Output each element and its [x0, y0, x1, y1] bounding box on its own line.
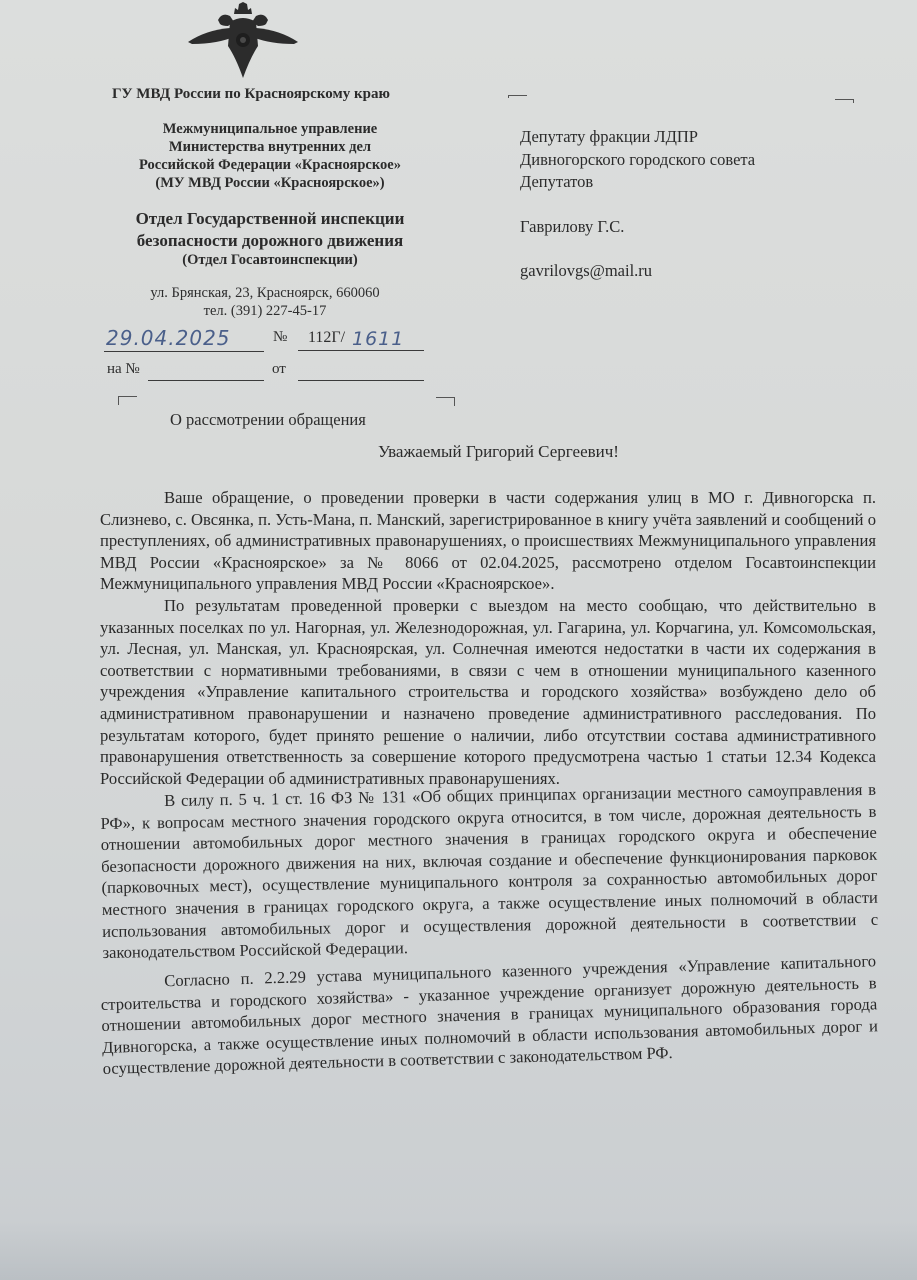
- department-short-name: (Отдел Госавтоинспекции): [90, 252, 450, 269]
- addressee-line: Депутату фракции ЛДПР: [520, 126, 755, 149]
- unit-line: Министерства внутренних дел: [90, 138, 450, 156]
- subject-corner-right: [436, 397, 455, 406]
- phone-line: тел. (391) 227-45-17: [110, 302, 420, 320]
- number-label: №: [273, 329, 287, 346]
- reply-to-label: на №: [107, 361, 140, 378]
- department-name: Отдел Государственной инспекции безопасн…: [90, 208, 450, 252]
- body-paragraph: В силу п. 5 ч. 1 ст. 16 ФЗ № 131 «Об общ…: [100, 779, 879, 964]
- addressee-block: Депутату фракции ЛДПР Дивногорского горо…: [520, 126, 755, 283]
- address-line: ул. Брянская, 23, Красноярск, 660060: [110, 284, 420, 302]
- salutation: Уважаемый Григорий Сергеевич!: [378, 442, 619, 462]
- reply-to-field: [148, 380, 264, 381]
- photo-shadow: [0, 1220, 917, 1280]
- subject-corner-left: [118, 396, 137, 405]
- sender-address: ул. Брянская, 23, Красноярск, 660060 тел…: [110, 284, 420, 320]
- body-paragraph: Согласно п. 2.2.29 устава муниципального…: [100, 950, 879, 1080]
- from-field: [298, 380, 424, 381]
- registration-number-prefix: 112Г/: [308, 329, 345, 347]
- department-line: Отдел Государственной инспекции: [90, 208, 450, 230]
- body-paragraph: Ваше обращение, о проведении проверки в …: [100, 487, 876, 595]
- unit-name: Межмуниципальное управление Министерства…: [90, 120, 450, 192]
- letter-body: Ваше обращение, о проведении проверки в …: [100, 487, 876, 1080]
- unit-line: Межмуниципальное управление: [90, 120, 450, 138]
- body-paragraph: По результатам проведенной проверки с вы…: [100, 595, 876, 789]
- registration-date: 29.04.2025: [106, 326, 231, 350]
- addressee-line: Депутатов: [520, 171, 755, 194]
- number-underline: [298, 350, 424, 351]
- date-underline: [104, 351, 264, 352]
- unit-line: Российской Федерации «Красноярское»: [90, 156, 450, 174]
- letter-page: ГУ МВД России по Красноярскому краю Межм…: [0, 0, 917, 1280]
- addressee-name: Гаврилову Г.С.: [520, 216, 755, 239]
- department-line: безопасности дорожного движения: [90, 230, 450, 252]
- from-label: от: [272, 361, 286, 378]
- addressee-line: Дивногорского городского совета: [520, 149, 755, 172]
- registration-number-handwritten: 1611: [352, 328, 404, 350]
- unit-line: (МУ МВД России «Красноярское»): [90, 174, 450, 192]
- addressee-corner-right: [835, 99, 854, 103]
- addressee-email: gavrilovgs@mail.ru: [520, 260, 755, 283]
- ministry-name: ГУ МВД России по Красноярскому краю: [112, 86, 432, 103]
- eagle-emblem-icon: [188, 2, 298, 78]
- addressee-corner-left: [508, 95, 527, 98]
- letter-subject: О рассмотрении обращения: [170, 410, 366, 430]
